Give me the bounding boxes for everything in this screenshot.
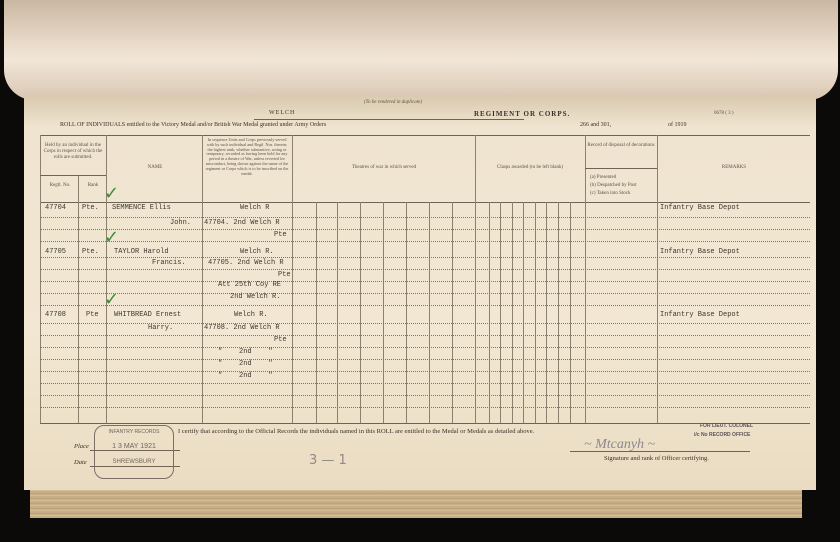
col-line <box>40 135 41 423</box>
unit-line: Pte <box>278 271 291 279</box>
signature-label: Signature and rank of Officer certifying… <box>604 455 709 462</box>
unit-line: Att 25th Coy RE <box>218 281 281 289</box>
unit-line: Welch R <box>240 204 269 212</box>
forenames: John. <box>170 219 191 227</box>
regiment-underline <box>254 119 524 120</box>
rank: Pte. <box>82 248 99 256</box>
duplicate-note: (To be rendered in duplicate) <box>364 100 422 106</box>
col-line <box>657 135 658 423</box>
check-mark-icon: ✓ <box>104 227 119 248</box>
roll-year: of 1919 <box>668 122 687 128</box>
regtl-number: 47705 <box>45 248 66 256</box>
col-line <box>202 135 203 423</box>
col-header-rank: Rank <box>80 183 106 189</box>
subheader-rule <box>40 175 106 176</box>
col-header-remarks: REMARKS <box>659 165 809 171</box>
rank: Pte. <box>82 204 99 212</box>
roll-title: ROLL OF INDIVIDUALS entitled to the Vict… <box>60 122 326 128</box>
check-mark-icon: ✓ <box>104 289 119 310</box>
regiment-value: WELCH <box>269 110 295 116</box>
remarks: Infantry Base Depot <box>660 311 740 319</box>
table-bottom-rule <box>40 423 810 424</box>
page-reference: 0678 ( 3 ) <box>714 111 734 117</box>
header-bottom-rule <box>40 202 810 203</box>
unit-line: " 2nd " <box>218 360 273 368</box>
medal-roll-page: (To be rendered in duplicate) WELCH REGI… <box>24 95 816 490</box>
stamp-date: 1 3 MAY 1921 <box>95 443 173 450</box>
infantry-records-stamp: INFANTRY RECORDS 1 3 MAY 1921 SHREWSBURY <box>94 425 174 479</box>
unit-line: 47705. 2nd Welch R <box>208 259 284 267</box>
surname: TAYLOR Harold <box>114 248 169 256</box>
certification-text: I certify that according to the Official… <box>178 428 534 435</box>
unit-line: Pte <box>274 231 287 239</box>
col-header-name: NAME <box>108 165 202 171</box>
pencil-note: 3 — 1 <box>309 453 347 468</box>
stamp-bottom-text: SHREWSBURY <box>95 459 173 465</box>
remarks: Infantry Base Depot <box>660 248 740 256</box>
check-mark-icon: ✓ <box>104 183 119 204</box>
surname: WHITBREAD Ernest <box>114 311 181 319</box>
unit-line: " 2nd " <box>218 348 273 356</box>
officer-stamp-line-1: FOR LIEUT. COLONEL <box>700 423 753 429</box>
unit-line: 47704. 2nd Welch R <box>204 219 280 227</box>
col-header-disposal: Record of disposal of decorations <box>587 143 655 149</box>
disposal-presented: (a) Presented <box>590 175 616 181</box>
col-line <box>78 175 79 423</box>
col-header-clasps: Clasps awarded (to be left blank) <box>477 165 583 171</box>
col-line <box>106 135 107 423</box>
officer-stamp-line-2: i/c No RECORD OFFICE <box>694 432 750 438</box>
disposal-stock: (c) Taken into Stock <box>590 191 631 197</box>
unit-line: Welch R. <box>234 311 268 319</box>
unit-line: Welch R. <box>240 248 274 256</box>
army-orders: 266 and 301, <box>580 122 611 128</box>
unit-line: 47708. 2nd Welch R <box>204 324 280 332</box>
col-line <box>292 135 293 423</box>
forenames: Francis. <box>152 259 186 267</box>
table-top-rule <box>40 135 810 136</box>
col-header-held-by: Held by an individual in the Corps in re… <box>42 143 104 160</box>
unit-line: 2nd Welch R. <box>230 293 280 301</box>
regtl-number: 47704 <box>45 204 66 212</box>
col-header-previous-units: In sequence Units and Corps previously s… <box>204 138 290 177</box>
regiment-label: REGIMENT OR CORPS. <box>474 110 570 118</box>
surname: SEMMENCE Ellis <box>112 204 171 212</box>
col-header-regtl-no: Regtl. No. <box>42 183 78 189</box>
col-line <box>475 135 476 423</box>
rank: Pte <box>86 311 99 319</box>
regtl-number: 47708 <box>45 311 66 319</box>
stamp-top-text: INFANTRY RECORDS <box>95 429 173 435</box>
col-header-theatres: Theatres of war in which served <box>294 165 474 171</box>
unit-line: " 2nd " <box>218 372 273 380</box>
previous-page-curl <box>4 0 838 100</box>
col-line <box>585 135 586 423</box>
disposal-despatched: (b) Despatched by Post <box>590 183 637 189</box>
remarks: Infantry Base Depot <box>660 204 740 212</box>
forenames: Harry. <box>148 324 173 332</box>
subheader-rule <box>585 168 657 169</box>
date-label: Date <box>74 459 87 466</box>
unit-line: Pte <box>274 336 287 344</box>
place-label: Place <box>74 443 89 450</box>
